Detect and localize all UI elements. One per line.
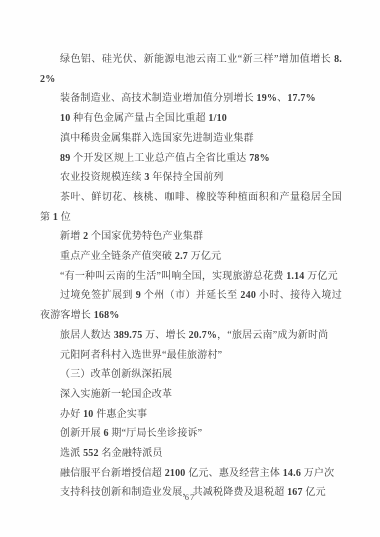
doc-line: “有一种叫云南的生活”叫响全国，实现旅游总花费 1.14 万亿元 xyxy=(40,267,342,287)
doc-line: 选派 552 名金融特派员 xyxy=(40,444,342,464)
doc-line: 融信服平台新增授信超 2100 亿元、惠及经营主体 14.6 万户次 xyxy=(40,464,342,484)
doc-line: 重点产业全链条产值突破 2.7 万亿元 xyxy=(40,247,342,267)
document-body: 绿色铝、硅光伏、新能源电池云南工业“新三样”增加值增长 8.2% 装备制造业、高… xyxy=(40,50,342,503)
doc-line: 农业投资规模连续 3 年保持全国前列 xyxy=(40,168,342,188)
doc-line: 元阳阿者科村入选世界“最佳旅游村” xyxy=(40,346,342,366)
document-page: 绿色铝、硅光伏、新能源电池云南工业“新三样”增加值增长 8.2% 装备制造业、高… xyxy=(0,0,380,537)
doc-line: 旅居人数达 389.75 万、增长 20.7%，“旅居云南”成为新时尚 xyxy=(40,326,342,346)
doc-line: 滇中稀贵金属集群入选国家先进制造业集群 xyxy=(40,129,342,149)
doc-line: 创新开展 6 期“厅局长坐诊接诉” xyxy=(40,424,342,444)
doc-line: 办好 10 件惠企实事 xyxy=(40,405,342,425)
doc-line: 茶叶、鲜切花、核桃、咖啡、橡胶等种植面积和产量稳居全国第 1 位 xyxy=(40,188,342,227)
doc-line: 深入实施新一轮国企改革 xyxy=(40,385,342,405)
doc-line: 过境免签扩展到 9 个州（市）并延长至 240 小时、接待入境过夜游客增长 16… xyxy=(40,286,342,325)
doc-line: 10 种有色金属产量占全国比重超 1/10 xyxy=(40,109,342,129)
doc-line: 装备制造业、高技术制造业增加值分别增长 19%、17.7% xyxy=(40,89,342,109)
doc-line: 89 个开发区规上工业总产值占全省比重达 78% xyxy=(40,149,342,169)
page-footer: 67 xyxy=(0,492,380,502)
doc-line: （三）改革创新纵深拓展 xyxy=(40,365,342,385)
doc-line: 新增 2 个国家优势特色产业集群 xyxy=(40,227,342,247)
doc-line: 绿色铝、硅光伏、新能源电池云南工业“新三样”增加值增长 8.2% xyxy=(40,50,342,89)
page-number: 67 xyxy=(185,492,196,502)
